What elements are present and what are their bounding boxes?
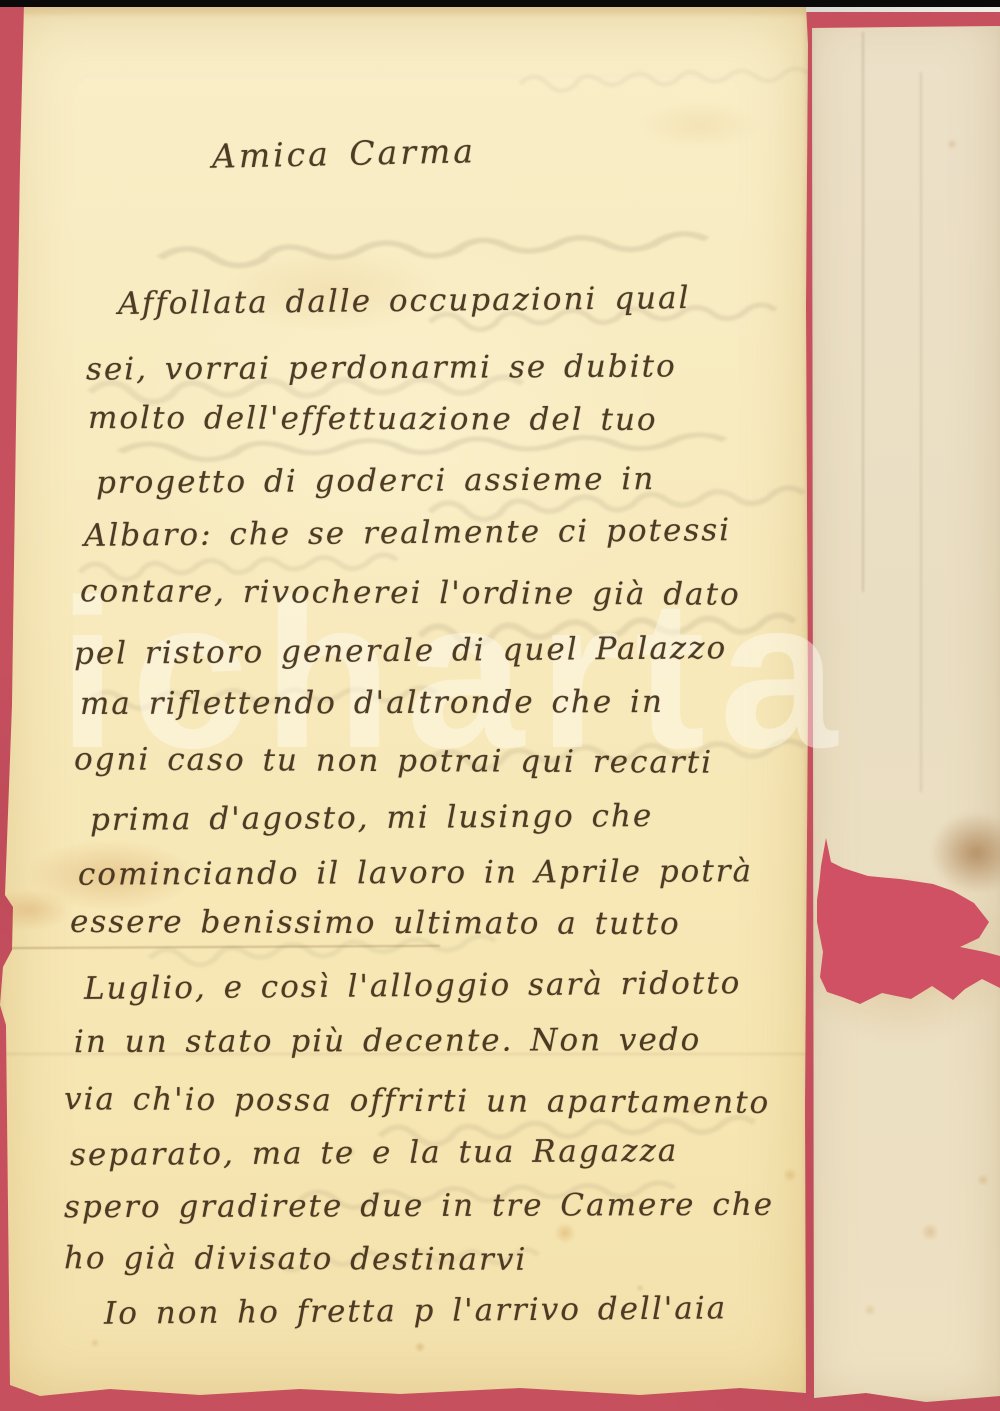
- brown-stain: [930, 812, 1000, 894]
- horizontal-crease-line: [0, 945, 440, 949]
- second-page-sheet: [806, 12, 1000, 1405]
- letter-page: [0, 5, 812, 1401]
- scan-glare-line: [806, 7, 1000, 12]
- scanned-letter-photo: icharta Amica Carma Affollata dalle occu…: [0, 0, 1000, 1411]
- vertical-crease-line-2: [920, 72, 922, 792]
- scan-top-edge: [0, 0, 1000, 7]
- horizontal-fold-line: [0, 1053, 810, 1055]
- torn-paper-hole: [806, 12, 1000, 1405]
- vertical-crease-line: [862, 32, 864, 592]
